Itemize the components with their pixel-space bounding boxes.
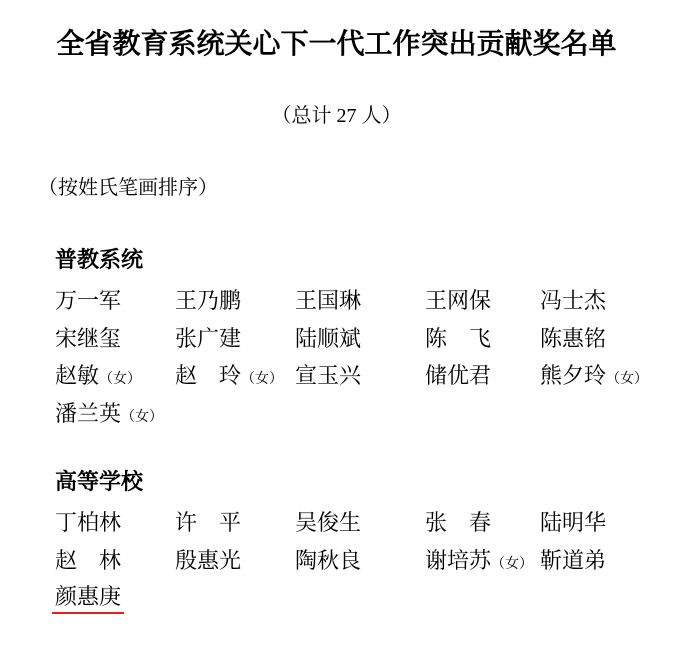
- name-row: 丁柏林 许 平 吴俊生 张 春 陆明华: [55, 503, 673, 541]
- person-name: 储优君: [425, 359, 540, 390]
- name-text: 谢培苏: [425, 544, 491, 575]
- name-text: 陶秋良: [295, 544, 361, 575]
- name-text: 王国琳: [295, 284, 361, 315]
- person-name: 丁柏林: [55, 506, 175, 537]
- person-name: 陆明华: [540, 506, 673, 537]
- person-name: 陆顺斌: [295, 322, 425, 353]
- name-row: 颜惠庚: [55, 578, 673, 616]
- person-name: 熊夕玲（女）: [540, 359, 673, 390]
- name-text: 赵敏: [55, 359, 99, 390]
- document-page: 全省教育系统关心下一代工作突出贡献奖名单 （总计 27 人） （按姓氏笔画排序）…: [0, 0, 673, 648]
- person-name: 赵 林: [55, 544, 175, 575]
- subtitle-total-count: （总计 27 人）: [0, 105, 673, 127]
- name-text: 陈惠铭: [540, 322, 606, 353]
- person-name: 张 春: [425, 506, 540, 537]
- name-text: 吴俊生: [295, 506, 361, 537]
- name-text: 靳道弟: [540, 544, 606, 575]
- person-name: 万一军: [55, 284, 175, 315]
- name-text: 赵 玲: [175, 359, 241, 390]
- name-text: 潘兰英: [55, 397, 121, 428]
- name-text: 张广建: [175, 322, 241, 353]
- name-row: 万一军 王乃鹏 王国琳 王网保 冯士杰: [55, 281, 673, 319]
- name-text: 王网保: [425, 284, 491, 315]
- name-text: 陆顺斌: [295, 322, 361, 353]
- name-text: 许 平: [175, 506, 241, 537]
- name-text: 宋继玺: [55, 322, 121, 353]
- person-name: 殷惠光: [175, 544, 295, 575]
- name-text: 万一军: [55, 284, 121, 315]
- name-text: 颜惠庚: [52, 580, 124, 614]
- roster-higher-education: 丁柏林 许 平 吴俊生 张 春 陆明华 赵 林 殷惠光 陶秋良 谢培苏（女） 靳…: [55, 503, 673, 616]
- gender-marker: （女）: [491, 557, 533, 572]
- name-row: 赵敏（女） 赵 玲（女） 宣玉兴 储优君 熊夕玲（女）: [55, 356, 673, 394]
- section-header-higher-education: 高等学校: [55, 469, 673, 495]
- person-name: 冯士杰: [540, 284, 673, 315]
- page-title: 全省教育系统关心下一代工作突出贡献奖名单: [0, 0, 673, 61]
- name-row: 赵 林 殷惠光 陶秋良 谢培苏（女） 靳道弟: [55, 541, 673, 579]
- person-name: 王乃鹏: [175, 284, 295, 315]
- name-text: 冯士杰: [540, 284, 606, 315]
- name-text: 赵 林: [55, 544, 121, 575]
- gender-marker: （女）: [121, 410, 163, 425]
- person-name: 靳道弟: [540, 544, 673, 575]
- person-name: 潘兰英（女）: [55, 397, 175, 428]
- person-name: 宣玉兴: [295, 359, 425, 390]
- name-text: 殷惠光: [175, 544, 241, 575]
- gender-marker: （女）: [606, 372, 648, 387]
- section-header-general-education: 普教系统: [55, 247, 673, 273]
- name-row: 宋继玺 张广建 陆顺斌 陈 飞 陈惠铭: [55, 319, 673, 357]
- gender-marker: （女）: [99, 372, 141, 387]
- person-name: 吴俊生: [295, 506, 425, 537]
- name-text: 丁柏林: [55, 506, 121, 537]
- name-text: 宣玉兴: [295, 359, 361, 390]
- name-text: 王乃鹏: [175, 284, 241, 315]
- name-text: 陆明华: [540, 506, 606, 537]
- person-name: 陈惠铭: [540, 322, 673, 353]
- person-name: 陈 飞: [425, 322, 540, 353]
- sort-order-note: （按姓氏笔画排序）: [38, 177, 673, 199]
- name-text: 张 春: [425, 506, 491, 537]
- person-name: 宋继玺: [55, 322, 175, 353]
- name-text: 储优君: [425, 359, 491, 390]
- name-text: 陈 飞: [425, 322, 491, 353]
- person-name: 赵 玲（女）: [175, 359, 295, 390]
- name-row: 潘兰英（女）: [55, 394, 673, 432]
- person-name: 许 平: [175, 506, 295, 537]
- person-name: 陶秋良: [295, 544, 425, 575]
- person-name: 王国琳: [295, 284, 425, 315]
- person-name-underlined: 颜惠庚: [55, 580, 175, 614]
- name-text: 熊夕玲: [540, 359, 606, 390]
- person-name: 赵敏（女）: [55, 359, 175, 390]
- person-name: 王网保: [425, 284, 540, 315]
- roster-general-education: 万一军 王乃鹏 王国琳 王网保 冯士杰 宋继玺 张广建 陆顺斌 陈 飞 陈惠铭 …: [55, 281, 673, 431]
- person-name: 谢培苏（女）: [425, 544, 540, 575]
- gender-marker: （女）: [241, 372, 283, 387]
- person-name: 张广建: [175, 322, 295, 353]
